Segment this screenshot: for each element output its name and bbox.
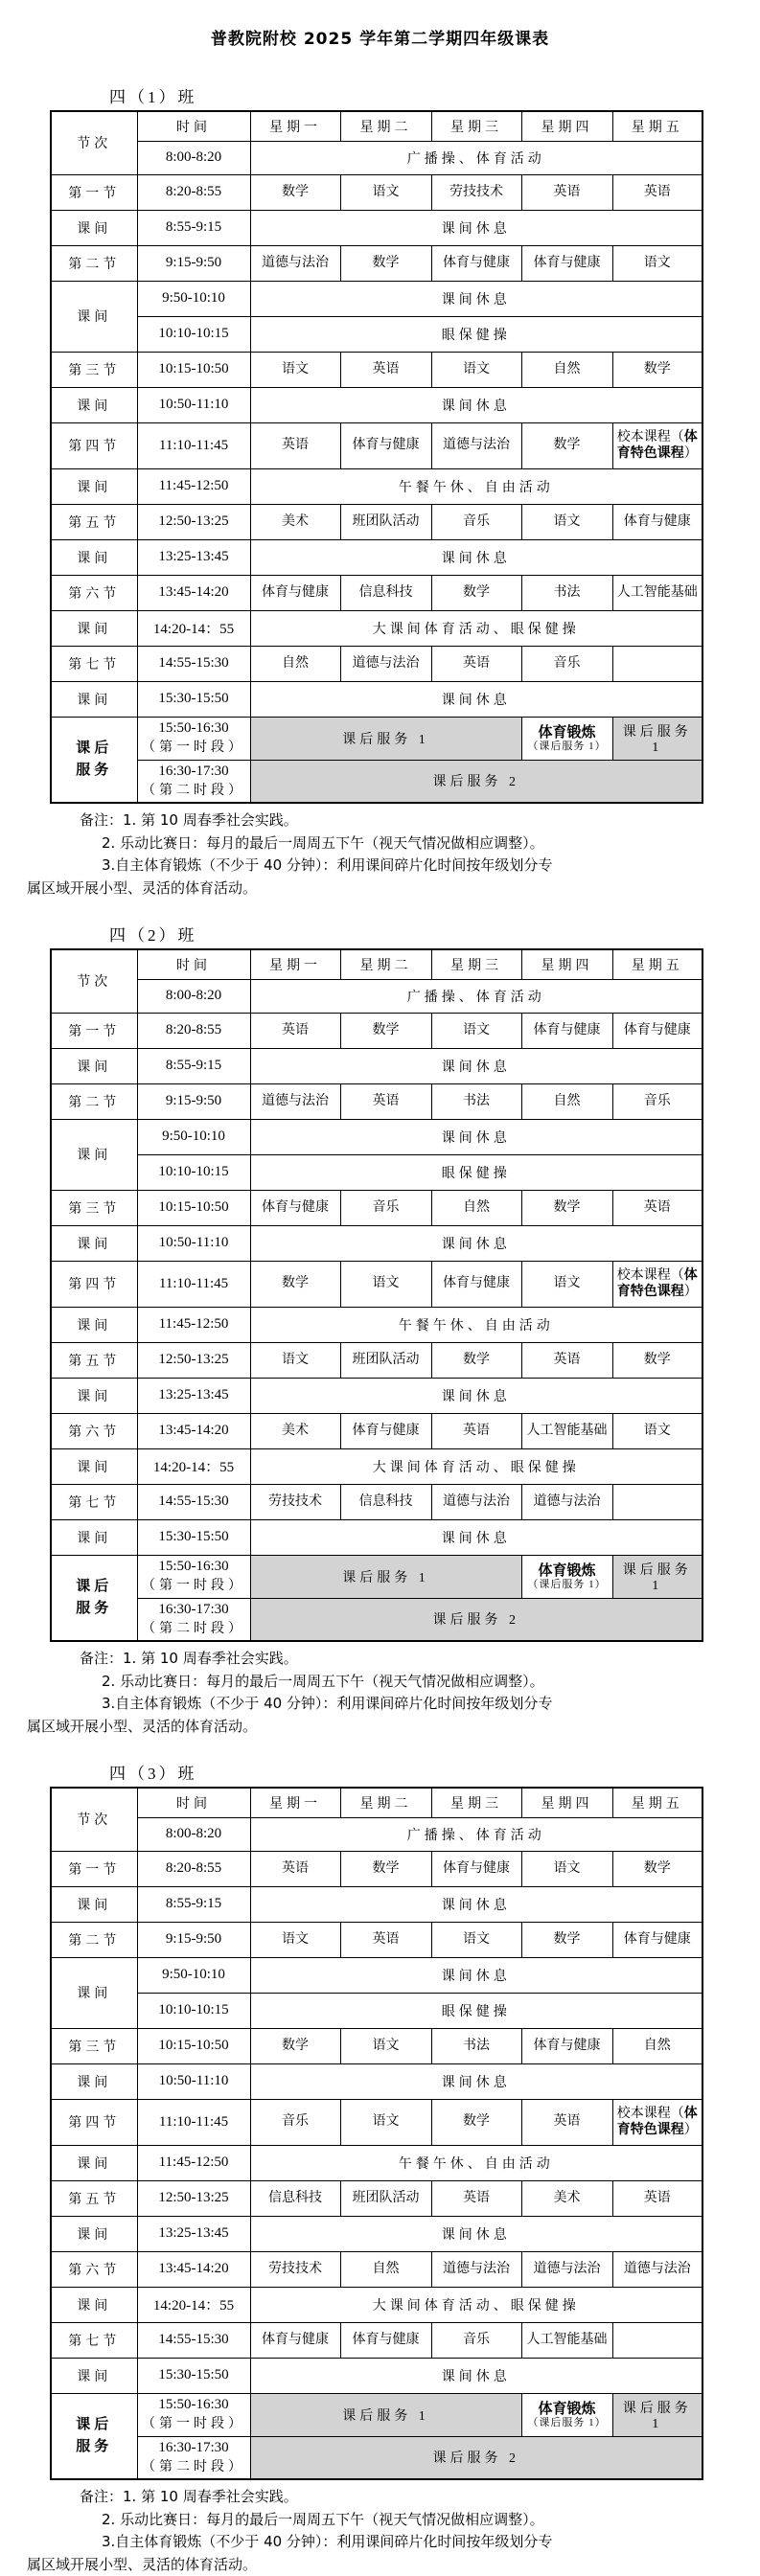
- subject-cell-day-4: 体育与健康: [521, 245, 612, 281]
- subject-cell-day-3: 书法: [431, 1083, 521, 1119]
- break-activity-cell: 午餐午休、自由活动: [250, 468, 702, 504]
- subject-cell-day-4: 体育与健康: [521, 1013, 612, 1048]
- subject-cell-day-2: 信息科技: [340, 575, 431, 610]
- subject-cell-day-4: 自然: [521, 352, 612, 387]
- col-header-day-1: 星期一: [250, 1788, 340, 1817]
- subject-cell-day-2: 数学: [340, 245, 431, 281]
- break-activity-cell: 课间休息: [250, 281, 702, 316]
- after-school-service-cell: 课后服务 1: [612, 2393, 702, 2436]
- break-activity-cell: 课间休息: [250, 1886, 702, 1922]
- after-school-time-cell: 15:50-16:30（第一时段）: [137, 717, 250, 760]
- subject-cell-day-3: 体育与健康: [431, 1851, 521, 1886]
- period-time-cell: 14:55-15:30: [137, 1484, 250, 1519]
- period-row: 第三节10:15-10:50语文英语语文自然数学: [51, 352, 702, 387]
- note-line: 3.自主体育锻炼（不少于 40 分钟）：利用课间碎片化时间按年级划分专: [102, 855, 740, 877]
- col-header-time: 时间: [137, 1788, 250, 1817]
- break-name-cell: 课间: [51, 281, 137, 352]
- header-row: 节次时间星期一星期二星期三星期四星期五: [51, 949, 702, 979]
- break-activity-cell: 课间休息: [250, 1519, 702, 1555]
- subject-cell-day-1: 数学: [250, 2028, 340, 2063]
- break-time-cell: 10:50-11:10: [137, 387, 250, 422]
- break-name-cell: 课间: [51, 1119, 137, 1190]
- break-time-cell: 11:45-12:50: [137, 2145, 250, 2180]
- after-school-row: 课后服务15:50-16:30（第一时段）课后服务 1体育锻炼（课后服务 1）课…: [51, 2393, 702, 2436]
- break-time-cell: 15:30-15:50: [137, 1519, 250, 1555]
- note-line: 2. 乐动比赛日：每月的最后一周周五下午（视天气情况做相应调整）。: [102, 1671, 740, 1693]
- period-time-cell: 9:15-9:50: [137, 1922, 250, 1957]
- subject-cell-day-1: 体育与健康: [250, 1190, 340, 1225]
- break-name-cell: 课间: [51, 1378, 137, 1413]
- subject-cell-day-1: 信息科技: [250, 2180, 340, 2216]
- break-time-cell: 9:50-10:10: [137, 1957, 250, 1993]
- morning-row: 8:00-8:20广播操、体育活动: [51, 1817, 702, 1851]
- period-name-cell: 第七节: [51, 1484, 137, 1519]
- after-school-phase: （第二时段）: [142, 784, 245, 798]
- subject-cell-day-2: 班团队活动: [340, 504, 431, 539]
- class-label: 四（3）班: [109, 1760, 702, 1784]
- after-school-service-cell: 课后服务 1: [612, 717, 702, 760]
- subject-cell-day-2: 自然: [340, 2251, 431, 2287]
- period-time-cell: 13:45-14:20: [137, 2251, 250, 2287]
- subject-cell-day-3: 数学: [431, 2099, 521, 2145]
- period-name-cell: 第三节: [51, 352, 137, 387]
- break-time-cell: 14:20-14：55: [137, 2287, 250, 2322]
- subject-cell-day-1: 语文: [250, 1342, 340, 1378]
- period-name-cell: 第二节: [51, 245, 137, 281]
- period-row: 第一节8:20-8:55英语数学体育与健康语文数学: [51, 1851, 702, 1886]
- period-time-cell: 13:45-14:20: [137, 575, 250, 610]
- period-row: 第一节8:20-8:55英语数学语文体育与健康体育与健康: [51, 1013, 702, 1048]
- break-row: 课间8:55-9:15课间休息: [51, 1048, 702, 1083]
- break-name-cell: 课间: [51, 1886, 137, 1922]
- subject-cell-day-2: 体育与健康: [340, 2322, 431, 2358]
- subject-cell-day-2: 语文: [340, 174, 431, 210]
- col-header-day-3: 星期三: [431, 111, 521, 141]
- subject-part: 校本课程（: [617, 1267, 684, 1283]
- after-school-time-cell: 16:30-17:30（第二时段）: [137, 2436, 250, 2479]
- period-time-cell: 10:15-10:50: [137, 352, 250, 387]
- period-name-cell: 第四节: [51, 2099, 137, 2145]
- break-name-cell: 课间: [51, 2216, 137, 2251]
- subject-cell-day-1: 数学: [250, 174, 340, 210]
- subject-cell-day-5: 语文: [612, 1413, 702, 1448]
- note-line: 3.自主体育锻炼（不少于 40 分钟）：利用课间碎片化时间按年级划分专: [102, 2531, 740, 2553]
- subject-cell-day-1: 音乐: [250, 2099, 340, 2145]
- subject-cell-day-4: 语文: [521, 1261, 612, 1307]
- after-school-phase: （第一时段）: [142, 1579, 245, 1593]
- period-name-cell: 第五节: [51, 504, 137, 539]
- subject-cell-day-2: 体育与健康: [340, 422, 431, 468]
- break-activity-cell: 眼保健操: [250, 1154, 702, 1190]
- note-line: 备注：1. 第 10 周春季社会实践。: [80, 2486, 740, 2508]
- break-time-cell: 9:50-10:10: [137, 1119, 250, 1154]
- subject-cell-day-3: 英语: [431, 1413, 521, 1448]
- break-activity-cell: 课间休息: [250, 2063, 702, 2099]
- notes-block: 备注：1. 第 10 周春季社会实践。2. 乐动比赛日：每月的最后一周周五下午（…: [27, 809, 740, 899]
- break-time-cell: 9:50-10:10: [137, 281, 250, 316]
- subject-cell-day-5: [612, 2322, 702, 2358]
- break-row: 课间9:50-10:10课间休息: [51, 1957, 702, 1993]
- subject-cell-day-5: 体育与健康: [612, 1922, 702, 1957]
- after-school-service-cell: 课后服务 2: [250, 2436, 702, 2479]
- break-time-cell: 13:25-13:45: [137, 539, 250, 575]
- break-row: 课间15:30-15:50课间休息: [51, 2358, 702, 2393]
- note-line: 2. 乐动比赛日：每月的最后一周周五下午（视天气情况做相应调整）。: [102, 2509, 740, 2531]
- break-time-cell: 8:55-9:15: [137, 210, 250, 245]
- period-name-cell: 第一节: [51, 174, 137, 210]
- period-row: 第七节14:55-15:30体育与健康体育与健康音乐人工智能基础: [51, 2322, 702, 2358]
- col-header-period: 节次: [51, 949, 137, 1013]
- col-header-day-3: 星期三: [431, 1788, 521, 1817]
- after-school-service-cell: 课后服务 1: [250, 1555, 521, 1598]
- break-time-cell: 10:50-11:10: [137, 1225, 250, 1261]
- subject-cell-day-3: 体育与健康: [431, 1261, 521, 1307]
- subject-cell-day-4: 书法: [521, 575, 612, 610]
- col-header-day-1: 星期一: [250, 949, 340, 979]
- break-row: 课间13:25-13:45课间休息: [51, 539, 702, 575]
- subject-cell-day-2: 班团队活动: [340, 1342, 431, 1378]
- header-row: 节次时间星期一星期二星期三星期四星期五: [51, 1788, 702, 1817]
- after-school-time-cell: 15:50-16:30（第一时段）: [137, 1555, 250, 1598]
- period-name-cell: 第二节: [51, 1083, 137, 1119]
- class-label: 四（1）班: [109, 83, 702, 107]
- break-activity-cell: 课间休息: [250, 681, 702, 717]
- subject-cell-day-1: 语文: [250, 352, 340, 387]
- break-row: 课间13:25-13:45课间休息: [51, 2216, 702, 2251]
- col-header-day-4: 星期四: [521, 949, 612, 979]
- break-row: 课间9:50-10:10课间休息: [51, 1119, 702, 1154]
- subject-cell-day-2: 音乐: [340, 1190, 431, 1225]
- timetable-table: 节次时间星期一星期二星期三星期四星期五8:00-8:20广播操、体育活动第一节8…: [50, 110, 703, 804]
- subject-cell-day-3: 数学: [431, 575, 521, 610]
- break-time-cell: 11:45-12:50: [137, 468, 250, 504]
- subject-cell-day-5: 英语: [612, 1190, 702, 1225]
- period-time-cell: 14:55-15:30: [137, 646, 250, 681]
- after-school-row: 课后服务15:50-16:30（第一时段）课后服务 1体育锻炼（课后服务 1）课…: [51, 717, 702, 760]
- break-activity-cell: 课间休息: [250, 2358, 702, 2393]
- break-time-cell: 14:20-14：55: [137, 610, 250, 646]
- break-row: 课间10:50-11:10课间休息: [51, 387, 702, 422]
- break-time-cell: 14:20-14：55: [137, 1448, 250, 1484]
- after-school-service-cell: 课后服务 1: [250, 2393, 521, 2436]
- break-name-cell: 课间: [51, 1225, 137, 1261]
- period-name-cell: 第一节: [51, 1013, 137, 1048]
- break-activity-cell: 课间休息: [250, 387, 702, 422]
- break-name-cell: 课间: [51, 2145, 137, 2180]
- subject-part: ）: [684, 445, 698, 461]
- break-row: 课间13:25-13:45课间休息: [51, 1378, 702, 1413]
- note-line: 备注：1. 第 10 周春季社会实践。: [80, 809, 740, 832]
- subject-cell-day-2: 体育与健康: [340, 1413, 431, 1448]
- break-row: 课间10:50-11:10课间休息: [51, 2063, 702, 2099]
- after-school-row: 课后服务15:50-16:30（第一时段）课后服务 1体育锻炼（课后服务 1）课…: [51, 1555, 702, 1598]
- break-row: 课间15:30-15:50课间休息: [51, 1519, 702, 1555]
- period-name-cell: 第三节: [51, 1190, 137, 1225]
- pe-exercise-subtitle: （课后服务 1）: [524, 2417, 610, 2429]
- subject-cell-day-1: 美术: [250, 504, 340, 539]
- break-activity-cell: 课间休息: [250, 539, 702, 575]
- subject-cell-day-3: 道德与法治: [431, 422, 521, 468]
- period-name-cell: 第七节: [51, 2322, 137, 2358]
- break-activity-cell: 眼保健操: [250, 316, 702, 352]
- subject-cell-day-3: 自然: [431, 1190, 521, 1225]
- break-activity-cell: 午餐午休、自由活动: [250, 1307, 702, 1342]
- timetable-table: 节次时间星期一星期二星期三星期四星期五8:00-8:20广播操、体育活动第一节8…: [50, 1787, 703, 2480]
- subject-cell-day-3: 英语: [431, 2180, 521, 2216]
- col-header-day-3: 星期三: [431, 949, 521, 979]
- period-row: 第二节9:15-9:50道德与法治数学体育与健康体育与健康语文: [51, 245, 702, 281]
- morning-time-cell: 8:00-8:20: [137, 1817, 250, 1851]
- note-line: 属区域开展小型、灵活的体育活动。: [27, 1716, 740, 1738]
- subject-cell-day-3: 道德与法治: [431, 2251, 521, 2287]
- period-time-cell: 12:50-13:25: [137, 2180, 250, 2216]
- subject-cell-day-4: 道德与法治: [521, 2251, 612, 2287]
- subject-cell-day-1: 英语: [250, 1851, 340, 1886]
- period-row: 第六节13:45-14:20劳技技术自然道德与法治道德与法治道德与法治: [51, 2251, 702, 2287]
- pe-exercise-title: 体育锻炼: [524, 1562, 610, 1579]
- subject-cell-day-1: 英语: [250, 1013, 340, 1048]
- subject-cell-day-1: 道德与法治: [250, 245, 340, 281]
- break-activity-cell: 课间休息: [250, 2216, 702, 2251]
- timetable-table: 节次时间星期一星期二星期三星期四星期五8:00-8:20广播操、体育活动第一节8…: [50, 948, 703, 1642]
- note-line: 属区域开展小型、灵活的体育活动。: [27, 2554, 740, 2576]
- break-name-cell: 课间: [51, 1307, 137, 1342]
- after-school-label-cell: 课后服务: [51, 717, 137, 803]
- period-time-cell: 13:45-14:20: [137, 1413, 250, 1448]
- subject-cell-day-1: 自然: [250, 646, 340, 681]
- subject-cell-day-2: 数学: [340, 1013, 431, 1048]
- after-school-phase: （第二时段）: [142, 2460, 245, 2474]
- subject-cell-day-2: 英语: [340, 1083, 431, 1119]
- break-activity-cell: 课间休息: [250, 1378, 702, 1413]
- after-school-service-cell: 课后服务 2: [250, 760, 702, 803]
- break-row: 课间11:45-12:50午餐午休、自由活动: [51, 468, 702, 504]
- period-time-cell: 12:50-13:25: [137, 1342, 250, 1378]
- after-school-service-cell: 课后服务 1: [250, 717, 521, 760]
- pe-exercise-cell: 体育锻炼（课后服务 1）: [521, 1555, 612, 1598]
- period-time-cell: 14:55-15:30: [137, 2322, 250, 2358]
- subject-cell-day-5: 体育与健康: [612, 504, 702, 539]
- subject-part: 校本课程（: [617, 2106, 684, 2121]
- break-time-cell: 15:30-15:50: [137, 681, 250, 717]
- subject-cell-day-1: 英语: [250, 422, 340, 468]
- subject-cell-day-5: [612, 646, 702, 681]
- break-row: 课间11:45-12:50午餐午休、自由活动: [51, 1307, 702, 1342]
- col-header-day-5: 星期五: [612, 111, 702, 141]
- subject-cell-day-1: 劳技技术: [250, 1484, 340, 1519]
- break-row: 10:10-10:15眼保健操: [51, 1993, 702, 2028]
- period-name-cell: 第六节: [51, 575, 137, 610]
- subject-cell-day-4: 语文: [521, 1851, 612, 1886]
- subject-cell-day-5: 自然: [612, 2028, 702, 2063]
- break-time-cell: 13:25-13:45: [137, 1378, 250, 1413]
- break-row: 课间14:20-14：55大课间体育活动、眼保健操: [51, 610, 702, 646]
- subject-cell-day-4: 自然: [521, 1083, 612, 1119]
- morning-activity-cell: 广播操、体育活动: [250, 979, 702, 1013]
- after-school-row: 16:30-17:30（第二时段）课后服务 2: [51, 2436, 702, 2479]
- after-school-time-cell: 16:30-17:30（第二时段）: [137, 1598, 250, 1641]
- morning-time-cell: 8:00-8:20: [137, 141, 250, 174]
- subject-cell-day-1: 道德与法治: [250, 1083, 340, 1119]
- subject-cell-day-1: 劳技技术: [250, 2251, 340, 2287]
- subject-cell-day-5: 校本课程（体育特色课程）: [612, 2099, 702, 2145]
- after-school-time-cell: 16:30-17:30（第二时段）: [137, 760, 250, 803]
- subject-cell-day-3: 书法: [431, 2028, 521, 2063]
- note-line: 3.自主体育锻炼（不少于 40 分钟）：利用课间碎片化时间按年级划分专: [102, 1693, 740, 1715]
- period-row: 第五节12:50-13:25信息科技班团队活动英语美术英语: [51, 2180, 702, 2216]
- break-activity-cell: 大课间体育活动、眼保健操: [250, 2287, 702, 2322]
- break-name-cell: 课间: [51, 539, 137, 575]
- subject-cell-day-5: 校本课程（体育特色课程）: [612, 422, 702, 468]
- break-activity-cell: 课间休息: [250, 1225, 702, 1261]
- break-row: 课间10:50-11:10课间休息: [51, 1225, 702, 1261]
- subject-cell-day-5: 语文: [612, 245, 702, 281]
- pe-exercise-subtitle: （课后服务 1）: [524, 1579, 610, 1591]
- break-row: 课间15:30-15:50课间休息: [51, 681, 702, 717]
- subject-part: ）: [684, 1284, 698, 1299]
- period-row: 第七节14:55-15:30自然道德与法治英语音乐: [51, 646, 702, 681]
- subject-cell-day-5: 道德与法治: [612, 2251, 702, 2287]
- class-section: 四（1）班节次时间星期一星期二星期三星期四星期五8:00-8:20广播操、体育活…: [50, 83, 702, 899]
- after-school-row: 16:30-17:30（第二时段）课后服务 2: [51, 760, 702, 803]
- break-name-cell: 课间: [51, 2063, 137, 2099]
- subject-cell-day-3: 语文: [431, 1013, 521, 1048]
- col-header-day-5: 星期五: [612, 949, 702, 979]
- subject-cell-day-1: 体育与健康: [250, 575, 340, 610]
- break-row: 10:10-10:15眼保健操: [51, 316, 702, 352]
- pe-exercise-cell: 体育锻炼（课后服务 1）: [521, 717, 612, 760]
- break-name-cell: 课间: [51, 468, 137, 504]
- subject-cell-day-2: 英语: [340, 1922, 431, 1957]
- class-label: 四（2）班: [109, 922, 702, 946]
- subject-cell-day-1: 数学: [250, 1261, 340, 1307]
- col-header-day-4: 星期四: [521, 1788, 612, 1817]
- header-row: 节次时间星期一星期二星期三星期四星期五: [51, 111, 702, 141]
- col-header-day-4: 星期四: [521, 111, 612, 141]
- notes-block: 备注：1. 第 10 周春季社会实践。2. 乐动比赛日：每月的最后一周周五下午（…: [27, 1648, 740, 1737]
- subject-cell-day-3: 音乐: [431, 2322, 521, 2358]
- subject-cell-day-2: 英语: [340, 352, 431, 387]
- after-school-service-cell: 课后服务 1: [612, 1555, 702, 1598]
- break-name-cell: 课间: [51, 1448, 137, 1484]
- period-time-cell: 10:15-10:50: [137, 2028, 250, 2063]
- break-row: 课间9:50-10:10课间休息: [51, 281, 702, 316]
- subject-cell-day-3: 英语: [431, 646, 521, 681]
- break-name-cell: 课间: [51, 210, 137, 245]
- subject-cell-day-4: 英语: [521, 2099, 612, 2145]
- note-line: 备注：1. 第 10 周春季社会实践。: [80, 1648, 740, 1670]
- period-row: 第六节13:45-14:20美术体育与健康英语人工智能基础语文: [51, 1413, 702, 1448]
- subject-cell-day-4: 音乐: [521, 646, 612, 681]
- col-header-time: 时间: [137, 111, 250, 141]
- subject-cell-day-4: 美术: [521, 2180, 612, 2216]
- subject-cell-day-4: 人工智能基础: [521, 1413, 612, 1448]
- break-activity-cell: 眼保健操: [250, 1993, 702, 2028]
- period-name-cell: 第五节: [51, 2180, 137, 2216]
- break-activity-cell: 课间休息: [250, 210, 702, 245]
- pe-exercise-subtitle: （课后服务 1）: [524, 741, 610, 753]
- col-header-day-2: 星期二: [340, 111, 431, 141]
- subject-cell-day-4: 道德与法治: [521, 1484, 612, 1519]
- subject-cell-day-2: 语文: [340, 2028, 431, 2063]
- break-name-cell: 课间: [51, 681, 137, 717]
- notes-block: 备注：1. 第 10 周春季社会实践。2. 乐动比赛日：每月的最后一周周五下午（…: [27, 2486, 740, 2575]
- after-school-time-cell: 15:50-16:30（第一时段）: [137, 2393, 250, 2436]
- class-section: 四（2）班节次时间星期一星期二星期三星期四星期五8:00-8:20广播操、体育活…: [50, 922, 702, 1737]
- period-row: 第六节13:45-14:20体育与健康信息科技数学书法人工智能基础: [51, 575, 702, 610]
- break-activity-cell: 午餐午休、自由活动: [250, 2145, 702, 2180]
- col-header-day-1: 星期一: [250, 111, 340, 141]
- subject-cell-day-4: 人工智能基础: [521, 2322, 612, 2358]
- note-line: 2. 乐动比赛日：每月的最后一周周五下午（视天气情况做相应调整）。: [102, 832, 740, 855]
- period-time-cell: 11:10-11:45: [137, 2099, 250, 2145]
- period-name-cell: 第四节: [51, 1261, 137, 1307]
- break-name-cell: 课间: [51, 1048, 137, 1083]
- subject-cell-day-5: 英语: [612, 174, 702, 210]
- break-time-cell: 13:25-13:45: [137, 2216, 250, 2251]
- period-row: 第五节12:50-13:25语文班团队活动数学英语数学: [51, 1342, 702, 1378]
- subject-cell-day-1: 语文: [250, 1922, 340, 1957]
- period-time-cell: 12:50-13:25: [137, 504, 250, 539]
- break-row: 10:10-10:15眼保健操: [51, 1154, 702, 1190]
- subject-cell-day-2: 信息科技: [340, 1484, 431, 1519]
- break-time-cell: 10:10-10:15: [137, 316, 250, 352]
- pe-exercise-cell: 体育锻炼（课后服务 1）: [521, 2393, 612, 2436]
- break-activity-cell: 课间休息: [250, 1119, 702, 1154]
- period-name-cell: 第六节: [51, 2251, 137, 2287]
- subject-cell-day-2: 语文: [340, 1261, 431, 1307]
- note-line: 属区域开展小型、灵活的体育活动。: [27, 878, 740, 900]
- break-row: 课间14:20-14：55大课间体育活动、眼保健操: [51, 2287, 702, 2322]
- period-name-cell: 第六节: [51, 1413, 137, 1448]
- subject-cell-day-3: 体育与健康: [431, 245, 521, 281]
- subject-cell-day-3: 语文: [431, 352, 521, 387]
- period-name-cell: 第七节: [51, 646, 137, 681]
- col-header-day-5: 星期五: [612, 1788, 702, 1817]
- page: 普教院附校 2025 学年第二学期四年级课表 四（1）班节次时间星期一星期二星期…: [0, 25, 760, 2575]
- period-time-cell: 9:15-9:50: [137, 245, 250, 281]
- tables-host: 四（1）班节次时间星期一星期二星期三星期四星期五8:00-8:20广播操、体育活…: [0, 83, 760, 2575]
- after-school-label-cell: 课后服务: [51, 1555, 137, 1641]
- break-name-cell: 课间: [51, 1519, 137, 1555]
- break-row: 课间8:55-9:15课间休息: [51, 210, 702, 245]
- period-time-cell: 10:15-10:50: [137, 1190, 250, 1225]
- subject-part: ）: [684, 2122, 698, 2137]
- subject-cell-day-4: 数学: [521, 1922, 612, 1957]
- subject-cell-day-3: 语文: [431, 1922, 521, 1957]
- timetable-body: 节次时间星期一星期二星期三星期四星期五8:00-8:20广播操、体育活动第一节8…: [51, 949, 702, 1641]
- pe-exercise-title: 体育锻炼: [524, 2400, 610, 2417]
- subject-cell-day-4: 体育与健康: [521, 2028, 612, 2063]
- subject-cell-day-3: 数学: [431, 1342, 521, 1378]
- break-row: 课间14:20-14：55大课间体育活动、眼保健操: [51, 1448, 702, 1484]
- period-row: 第四节11:10-11:45音乐语文数学英语校本课程（体育特色课程）: [51, 2099, 702, 2145]
- break-name-cell: 课间: [51, 2287, 137, 2322]
- col-header-day-2: 星期二: [340, 1788, 431, 1817]
- subject-cell-day-5: 数学: [612, 352, 702, 387]
- break-activity-cell: 大课间体育活动、眼保健操: [250, 1448, 702, 1484]
- period-time-cell: 9:15-9:50: [137, 1083, 250, 1119]
- subject-cell-day-4: 数学: [521, 1190, 612, 1225]
- break-row: 课间8:55-9:15课间休息: [51, 1886, 702, 1922]
- subject-cell-day-4: 数学: [521, 422, 612, 468]
- period-name-cell: 第五节: [51, 1342, 137, 1378]
- period-row: 第一节8:20-8:55数学语文劳技技术英语英语: [51, 174, 702, 210]
- subject-cell-day-5: 人工智能基础: [612, 575, 702, 610]
- subject-cell-day-1: 体育与健康: [250, 2322, 340, 2358]
- class-section: 四（3）班节次时间星期一星期二星期三星期四星期五8:00-8:20广播操、体育活…: [50, 1760, 702, 2575]
- col-header-day-2: 星期二: [340, 949, 431, 979]
